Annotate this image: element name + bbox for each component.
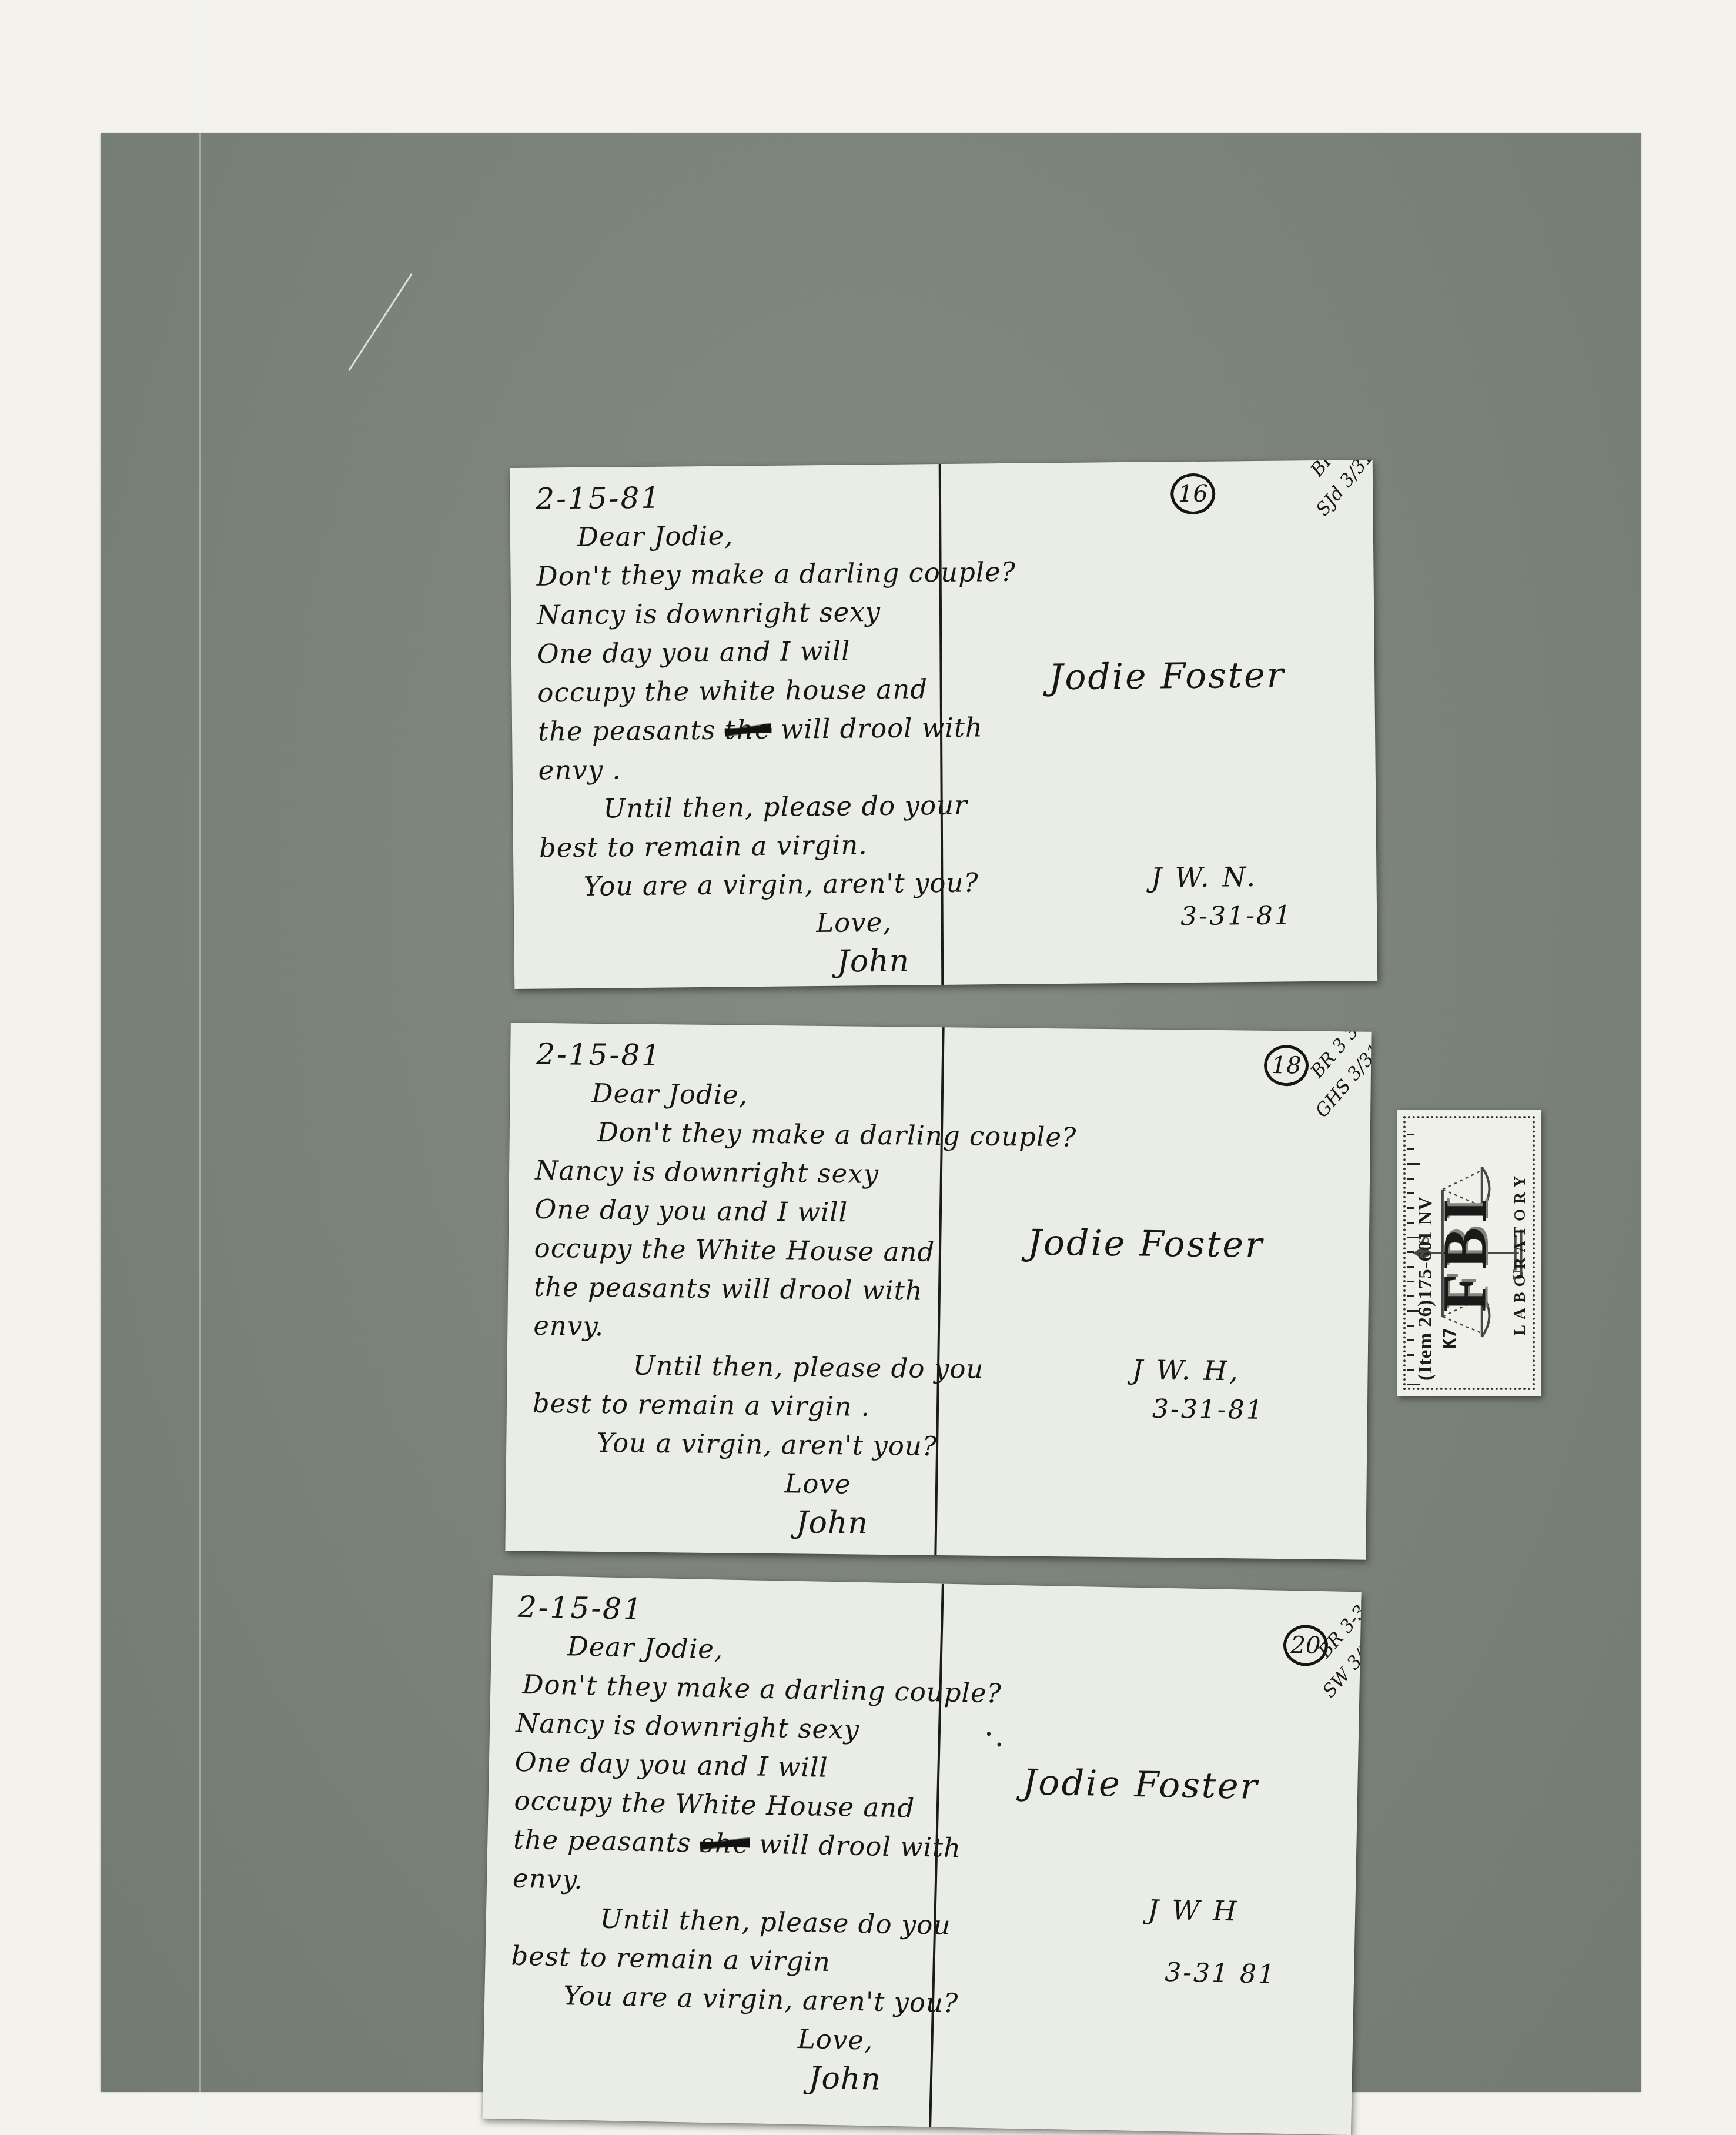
letter-line: best to remain a virgin . bbox=[533, 1384, 938, 1427]
examiner-annotations: BR 3-31-81 SJd 3/31/81 bbox=[1306, 460, 1377, 500]
letter-text: will drool with bbox=[750, 1828, 961, 1863]
card20-left-page: 2-15-81 Dear Jodie, Don't they make a da… bbox=[482, 1575, 941, 2127]
letter-line: the peasants will drool with bbox=[534, 1268, 939, 1311]
laboratory-text: LABORATORY bbox=[1511, 1118, 1529, 1388]
letter-date: 2-15-81 bbox=[536, 1035, 941, 1078]
card18-left-page: 2-15-81 Dear Jodie, Don't they make a da… bbox=[505, 1023, 941, 1555]
evidence-board: 2-15-81 Dear Jodie, Don't they make a da… bbox=[101, 133, 1641, 2092]
letter-text: the peasants bbox=[534, 1271, 721, 1304]
identification-date: 3-31 81 bbox=[1165, 1957, 1277, 1990]
letter-line: You are a virgin, aren't you? bbox=[539, 864, 942, 907]
recipient-name: Jodie Foster bbox=[1028, 1222, 1265, 1266]
letter-salutation: Dear Jodie, bbox=[536, 514, 939, 557]
identification-date: 3-31-81 bbox=[1152, 1394, 1265, 1425]
letter-line: Don't they make a darling couple? bbox=[535, 1112, 940, 1155]
greeting-card-20: 2-15-81 Dear Jodie, Don't they make a da… bbox=[482, 1575, 1361, 2135]
scribbled-out-word: the bbox=[724, 714, 771, 746]
letter-line: best to remain a virgin. bbox=[539, 825, 942, 868]
card16-left-page: 2-15-81 Dear Jodie, Don't they make a da… bbox=[510, 464, 942, 989]
letter-signature: John bbox=[509, 2053, 931, 2100]
examiner-annotations: BR 3-31-81 SW 3/31/81 bbox=[1313, 1575, 1362, 1682]
letter-line: occupy the white house and bbox=[537, 670, 940, 713]
card20-right-page: 20 BR 3-31-81 SW 3/31/81 Jodie Foster J … bbox=[934, 1584, 1362, 2135]
exhibit-number-circle: 18 bbox=[1264, 1045, 1309, 1087]
identification-initials: J W H bbox=[1148, 1893, 1239, 1927]
greeting-card-16: 2-15-81 Dear Jodie, Don't they make a da… bbox=[510, 460, 1377, 989]
ink-speck bbox=[998, 1742, 1001, 1746]
letter-date: 2-15-81 bbox=[536, 476, 938, 519]
letter-line: You a virgin, aren't you? bbox=[532, 1423, 937, 1466]
recipient-name: Jodie Foster bbox=[1049, 654, 1286, 698]
letter-line: One day you and I will bbox=[537, 631, 940, 674]
letter-salutation: Dear Jodie, bbox=[536, 1074, 941, 1117]
letter-line: Nancy is downright sexy bbox=[535, 1151, 940, 1194]
letter-line: Until then, please do you bbox=[533, 1345, 938, 1388]
letter-line: One day you and I will bbox=[534, 1190, 939, 1233]
letter-line-with-scribble: the peasants the will drool with bbox=[538, 709, 941, 751]
card16-right-page: 16 BR 3-31-81 SJd 3/31/81 Jodie Foster J… bbox=[941, 460, 1377, 985]
letter-closing: Love bbox=[531, 1462, 936, 1505]
evidence-photograph: 2-15-81 Dear Jodie, Don't they make a da… bbox=[0, 0, 1736, 2135]
fbi-label-content: (Item 26)175-601 NV K7 bbox=[1403, 1116, 1535, 1390]
identification-initials: J W. N. bbox=[1150, 861, 1257, 894]
letter-line: You are a virgin, aren't you? bbox=[510, 1976, 933, 2023]
ink-speck bbox=[987, 1732, 991, 1736]
identification-initials: J W. H, bbox=[1132, 1354, 1240, 1386]
letter-text: the peasants bbox=[538, 714, 725, 747]
letter-text: will drool with bbox=[720, 1273, 923, 1307]
letter-line: Nancy is downright sexy bbox=[537, 592, 939, 635]
identification-date: 3-31-81 bbox=[1180, 900, 1293, 931]
letter-text: the peasants bbox=[513, 1824, 701, 1859]
letter-line: envy. bbox=[533, 1307, 938, 1349]
letter-line: Don't they make a darling couple? bbox=[536, 553, 939, 596]
recipient-name: Jodie Foster bbox=[1022, 1762, 1259, 1807]
fbi-laboratory-evidence-label: (Item 26)175-601 NV K7 bbox=[1397, 1110, 1541, 1396]
letter-line: Until then, please do your bbox=[538, 786, 941, 829]
letter-line: envy . bbox=[538, 747, 941, 790]
fbi-logo-text: FBI bbox=[1434, 1118, 1496, 1388]
letter-line: envy. bbox=[512, 1859, 935, 1906]
letter-signature: John bbox=[540, 941, 943, 984]
examiner-annotations: BR 3 31-81 GHS 3/31/81 bbox=[1306, 1023, 1372, 1102]
exhibit-number-circle: 16 bbox=[1170, 473, 1216, 515]
scribbled-out-word: she bbox=[700, 1827, 750, 1860]
letter-signature: John bbox=[531, 1501, 936, 1543]
letter-line: occupy the White House and bbox=[534, 1229, 939, 1272]
emblem-letter-s: S bbox=[1415, 1236, 1432, 1244]
scratch-mark bbox=[348, 273, 412, 371]
card18-right-page: 18 BR 3 31-81 GHS 3/31/81 Jodie Foster J… bbox=[939, 1027, 1371, 1560]
greeting-card-18: 2-15-81 Dear Jodie, Don't they make a da… bbox=[505, 1023, 1371, 1559]
letter-closing: Love, bbox=[540, 903, 942, 945]
